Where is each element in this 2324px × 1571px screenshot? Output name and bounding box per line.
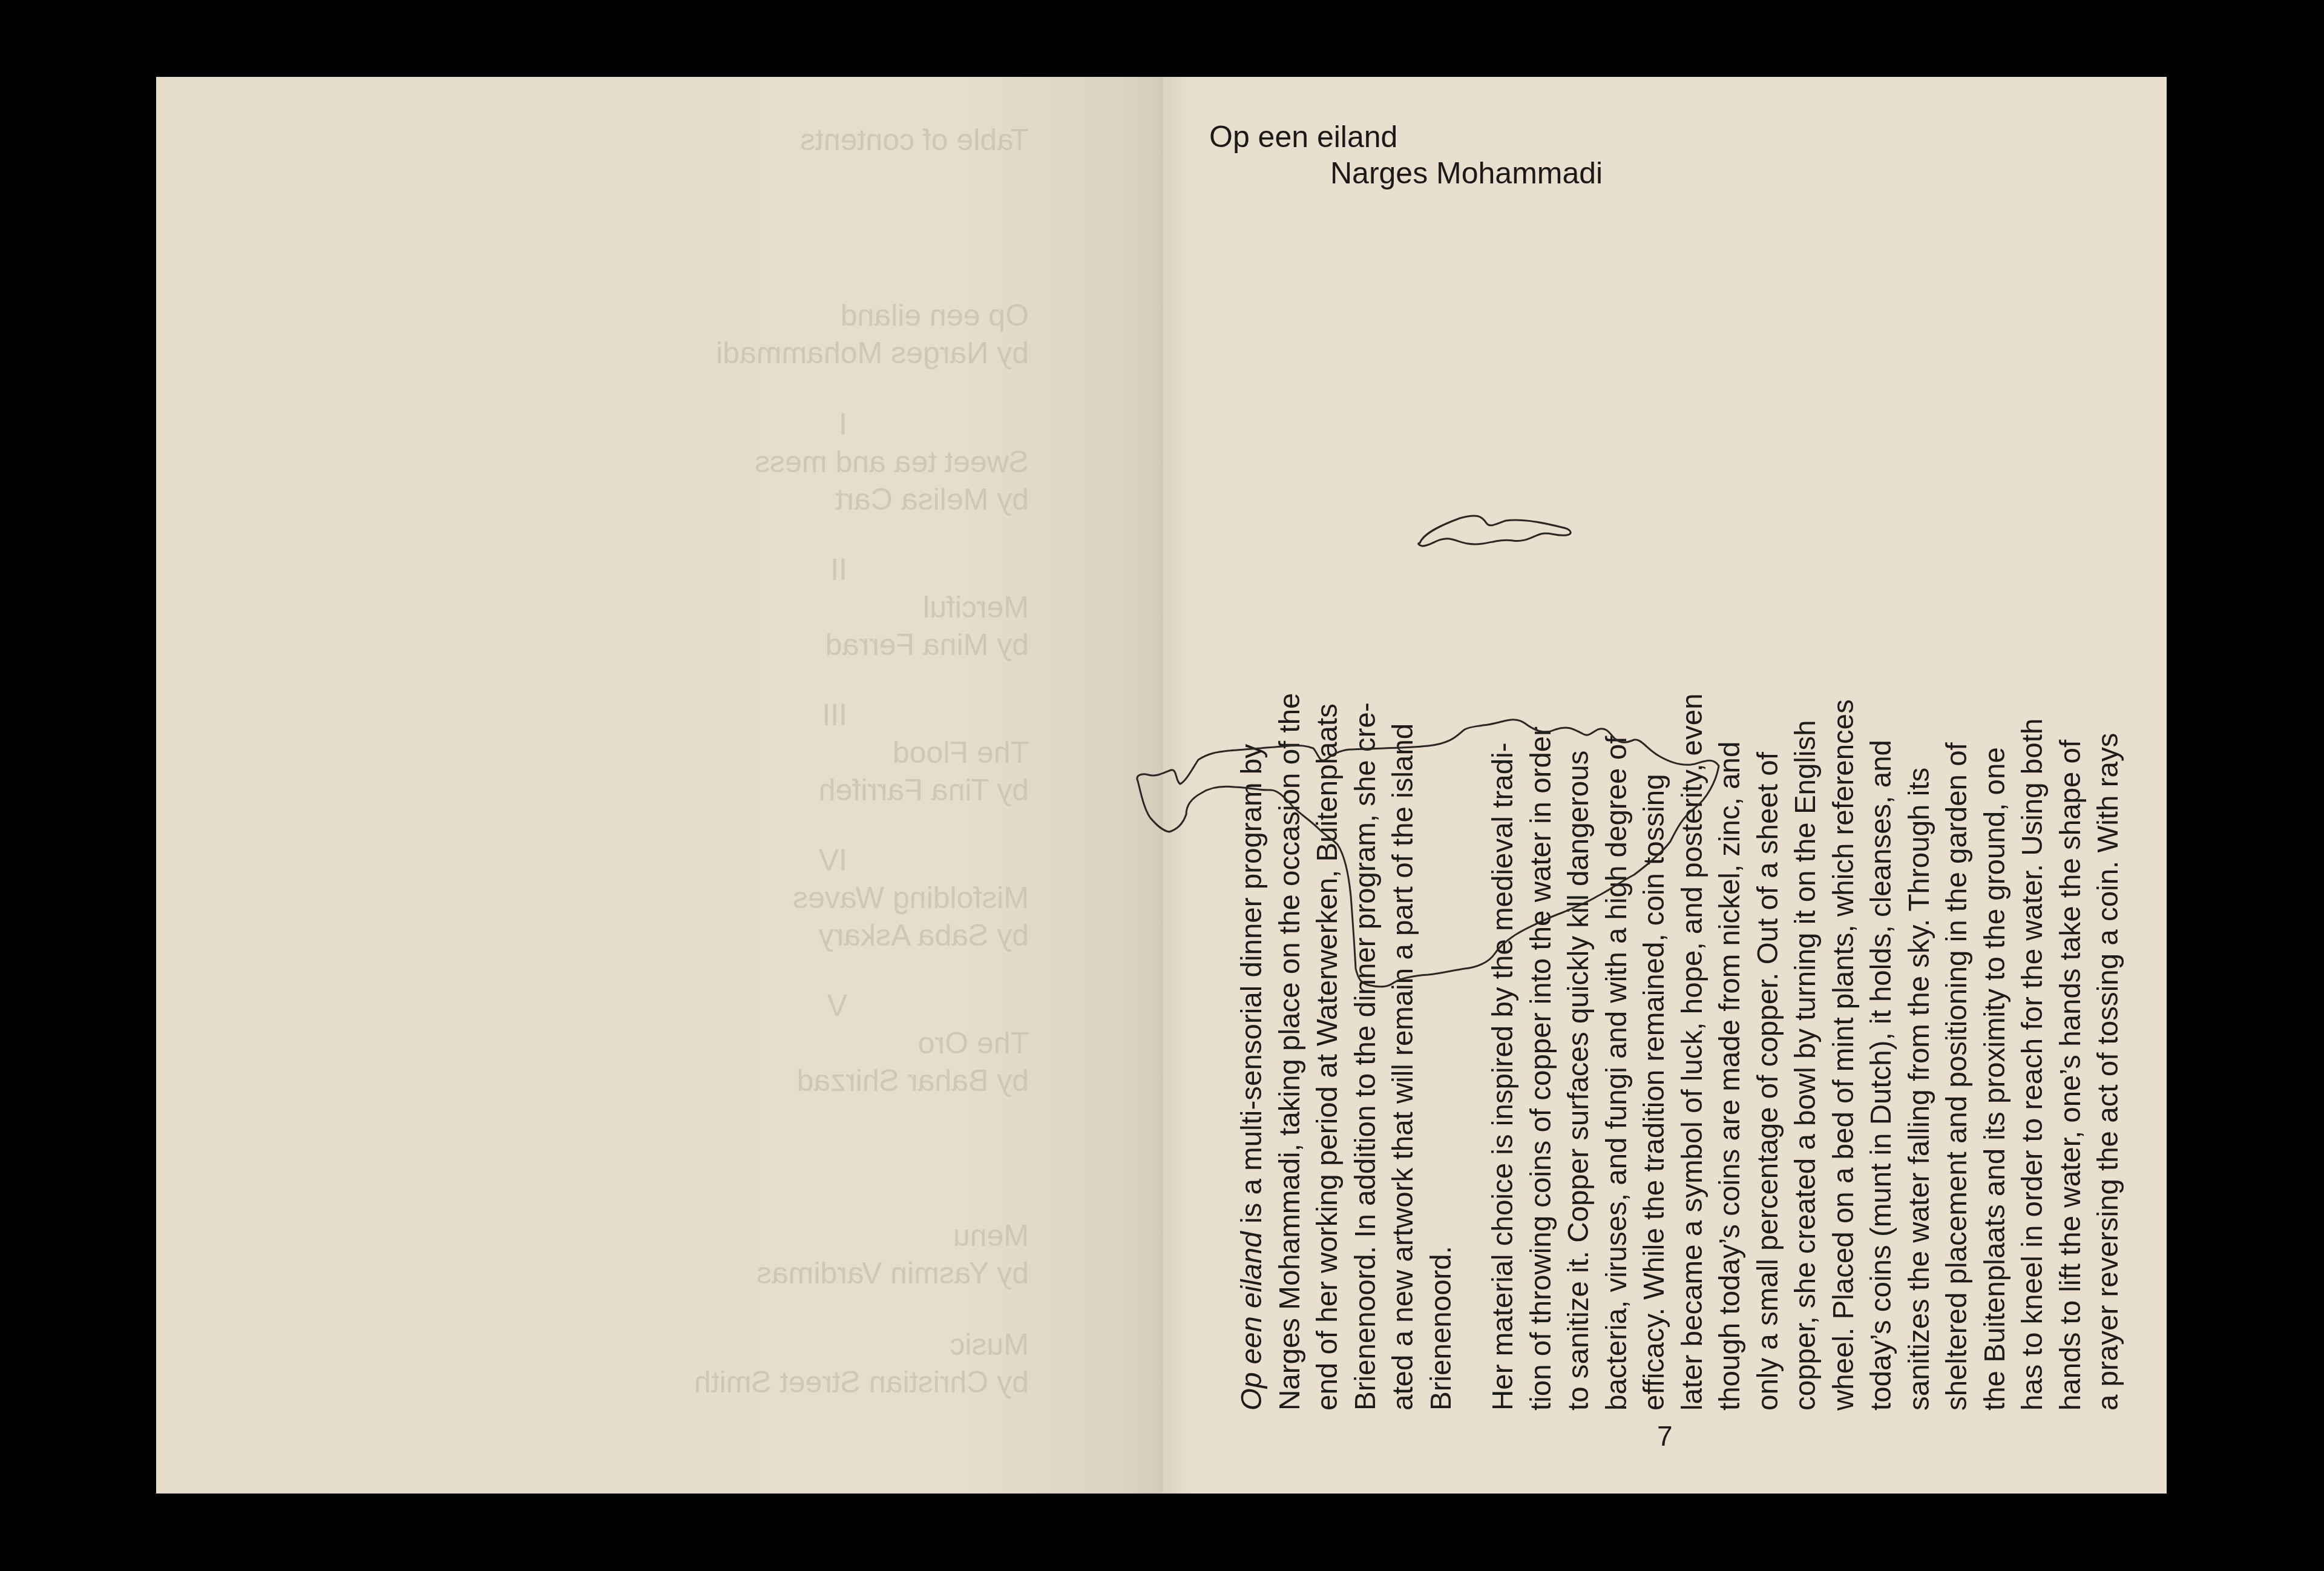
toc-entry: IV Misfolding Waves by Saba Askary: [605, 841, 1029, 954]
toc-entry: Op een eiland by Narges Mohammadi: [605, 297, 1029, 372]
toc-entry: Menu by Yasmin Vardimas: [605, 1217, 1029, 1292]
toc-entry: II Merciful by Mina Ferrad: [605, 551, 1029, 664]
book-gutter: [1161, 77, 1163, 1494]
author-name: Narges Mohammadi: [1330, 155, 1603, 191]
body-text-rotated: Op een eiland is a multi-sensorial dinne…: [1233, 539, 2152, 1411]
toc-entry: I Sweet tea and mess by Melisa Cart: [605, 406, 1029, 518]
paragraph-2: Her material choice is inspired by the m…: [1485, 539, 2128, 1411]
toc-heading: Table of contents: [800, 121, 1029, 159]
page-number: 7: [1657, 1420, 1673, 1452]
toc-entry: V The Oro by Bahar Shirzad: [605, 987, 1029, 1099]
paragraph-1: Op een eiland is a multi-sensorial dinne…: [1233, 539, 1460, 1411]
page-title: Op een eiland: [1209, 119, 1397, 155]
toc-entry: III The Flood by Tina Farrifeh: [605, 696, 1029, 809]
artwork-title-italic: Op een eiland: [1236, 1231, 1268, 1411]
toc-entry: Music by Christian Street Smith: [605, 1326, 1029, 1401]
